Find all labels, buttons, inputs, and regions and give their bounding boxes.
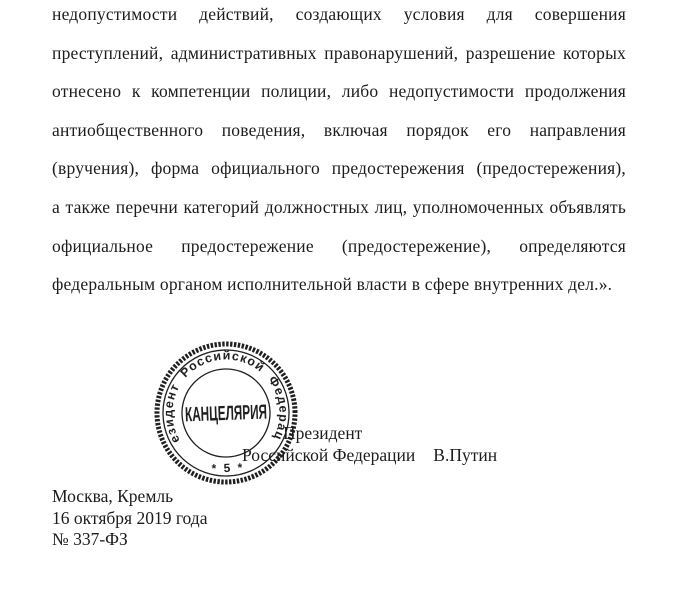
issuance-date: 16 октября 2019 года [52,508,207,530]
law-text-paragraph: недопустимости действий, создающих услов… [52,0,626,304]
chancellery-stamp: Президент Российской Федерации КАНЦЕЛЯРИ… [147,337,304,488]
issuance-place: Москва, Кремль [52,486,207,508]
paragraph-line: федеральным органом исполнительной власт… [52,265,626,304]
paragraph-line: (вручения), форма официального предостер… [52,149,626,188]
paragraph-line: а также перечни категорий должностных ли… [52,188,626,227]
svg-text:Президент Российской Федерации: Президент Российской Федерации [159,346,291,447]
stamp-bottom-text: * 5 * [211,460,244,475]
paragraph-line: недопустимости действий, создающих услов… [52,0,626,34]
signer-name: В.Путин [433,444,497,466]
paragraph-line: антиобщественного поведения, включая пор… [52,111,626,150]
law-number: № 337-ФЗ [52,529,207,551]
paragraph-line: официальное предостережение (предостереж… [52,227,626,266]
issuance-block: Москва, Кремль 16 октября 2019 года № 33… [52,486,207,551]
document-page: недопустимости действий, создающих услов… [0,0,676,604]
stamp-center-text: КАНЦЕЛЯРИЯ [185,401,268,427]
stamp-ring-text: Президент Российской Федерации [159,346,291,447]
paragraph-line: преступлений, административных правонару… [52,34,626,73]
paragraph-line: отнесено к компетенции полиции, либо нед… [52,72,626,111]
